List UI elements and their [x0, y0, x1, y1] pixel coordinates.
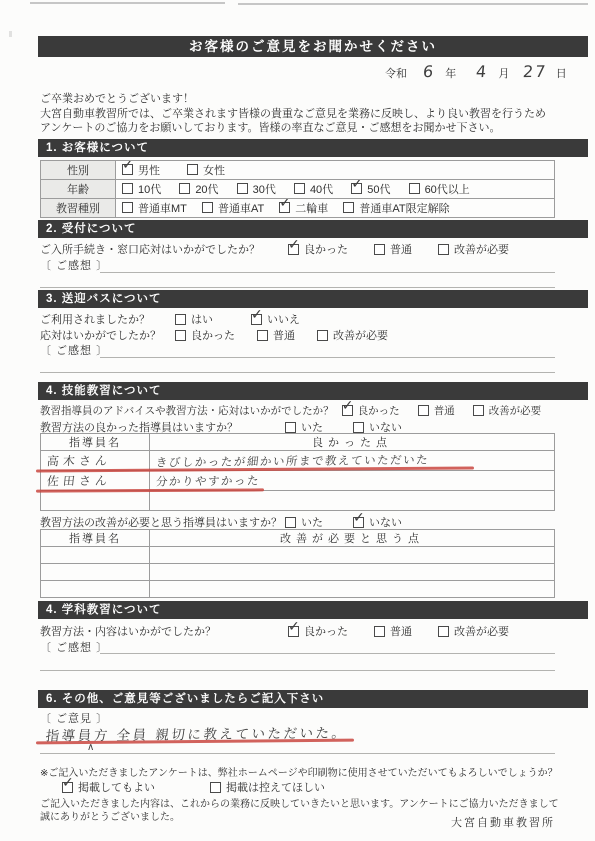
question-text: 教習指導員のアドバイスや教習方法・応対はいかがでしたか？	[40, 403, 334, 418]
checkbox-icon	[257, 330, 268, 341]
table-row	[41, 491, 555, 511]
option-label: 50代	[367, 181, 390, 197]
option-label: 普通	[434, 403, 455, 418]
handwritten-instructor-name: 高木さん	[46, 452, 112, 470]
option-at-limit-release: 普通車AT限定解除	[343, 200, 449, 216]
option-label: 改善が必要	[489, 403, 542, 418]
checkbox-icon	[409, 183, 420, 194]
form-title: お客様のご意見をお聞かせください	[38, 36, 588, 57]
table-header-row: 指導員名 良かった点	[41, 434, 555, 451]
option-good: 良かった	[288, 623, 348, 639]
option-male: 男性	[122, 162, 160, 178]
comment-write-line	[100, 653, 555, 654]
option-label: 改善が必要	[454, 241, 509, 257]
section6-header: 6. その他、ご意見等ございましたらご記入下さい	[38, 690, 588, 708]
checkbox-icon	[179, 183, 190, 194]
option-label: いない	[369, 514, 402, 530]
option-label: 普通	[273, 327, 295, 343]
comment-write-line	[40, 753, 555, 754]
checkbox-icon	[122, 183, 133, 194]
row-label: 年齢	[41, 180, 116, 199]
table-header-row: 指導員名 改善が必要と思う点	[41, 530, 555, 547]
option-inai: いない	[353, 514, 402, 530]
comment-write-line	[100, 272, 555, 273]
option-ita: いた	[285, 514, 323, 530]
option-label: 普通車AT	[218, 200, 264, 216]
checkbox-icon	[374, 244, 385, 255]
option-car-at: 普通車AT	[202, 200, 264, 216]
section1-header: 1. お客様について	[38, 139, 588, 157]
intro-paragraph: ご卒業おめでとうございます！ 大宮自動車教習所では、ご卒業されます皆様の貴重なご…	[40, 92, 546, 136]
section3-header: 3. 送迎バスについて	[38, 290, 588, 308]
checkbox-icon	[122, 202, 133, 213]
option-normal: 普通	[418, 403, 455, 418]
comment-write-line	[40, 372, 555, 373]
table-row-gender: 性別 男性 女性	[41, 161, 555, 180]
option-label: 普通車MT	[138, 200, 187, 216]
option-age-50s: 50代	[351, 181, 390, 197]
option-age-30s: 30代	[237, 181, 276, 197]
option-no: いいえ	[251, 311, 300, 327]
comment-label: 〔 ご感想 〕	[40, 639, 108, 655]
section5-question-line: 教習方法・内容はいかがでしたか？ 良かった 普通 改善が必要	[40, 623, 509, 639]
column-header-good-points: 良かった点	[150, 434, 555, 451]
option-age-10s: 10代	[122, 181, 161, 197]
closing-text-line: 誠にありがとうございました。	[40, 808, 180, 823]
checkbox-icon	[342, 405, 353, 416]
checkbox-icon	[353, 517, 364, 528]
row-label: 性別	[41, 161, 116, 180]
question-text: ご利用されましたか？	[40, 311, 175, 327]
checkbox-icon	[353, 422, 364, 433]
option-label: 改善が必要	[454, 623, 509, 639]
checkbox-icon	[175, 314, 186, 325]
scanned-survey-form: お客様のご意見をお聞かせください 令和 6 年 4 月 27 日 ご卒業おめでと…	[0, 0, 595, 841]
intro-line: ご卒業おめでとうございます！	[40, 92, 546, 107]
checkbox-icon	[438, 244, 449, 255]
option-motorcycle: 二輪車	[279, 200, 328, 216]
table-row	[41, 564, 555, 581]
scan-edge-artifact	[238, 3, 588, 5]
option-label: 良かった	[304, 241, 348, 257]
option-needs-improvement: 改善が必要	[438, 623, 509, 639]
comment-label: 〔 ご感想 〕	[40, 257, 108, 273]
section4-q3-line: 教習方法の改善が必要と思う指導員はいますか？ いた いない	[40, 514, 402, 530]
customer-info-table: 性別 男性 女性 年齢 10代 20代 30代 40代 50代 60代以上 教習…	[40, 160, 555, 218]
section2-header: 2. 受付について	[38, 220, 588, 238]
question-text: ご入所手続き・窓口応対はいかがでしたか？	[40, 241, 288, 257]
school-signature: 大宮自動車教習所	[451, 814, 555, 830]
option-label: 30代	[253, 181, 276, 197]
option-label: 40代	[310, 181, 333, 197]
option-normal: 普通	[257, 327, 295, 343]
comment-write-line	[40, 287, 555, 288]
intro-line: アンケートのご協力をお願いしております。皆様の率直なご意見・ご感想をお聞かせ下さ…	[40, 121, 546, 136]
year-label: 年	[445, 65, 456, 81]
section3-q1-line: ご利用されましたか？ はい いいえ	[40, 311, 300, 327]
checkbox-icon	[317, 330, 328, 341]
handwritten-good-point: 分かりやすかった	[155, 472, 261, 489]
option-good: 良かった	[175, 327, 235, 343]
checkbox-icon	[473, 405, 484, 416]
handwritten-day: 27	[522, 62, 548, 81]
option-car-mt: 普通車MT	[122, 200, 187, 216]
option-good: 良かった	[342, 403, 400, 418]
option-yes: はい	[175, 311, 213, 327]
improve-instructor-table: 指導員名 改善が必要と思う点	[40, 529, 555, 598]
section4-q1-line: 教習指導員のアドバイスや教習方法・応対はいかがでしたか？ 良かった 普通 改善が…	[40, 403, 541, 418]
option-label: はい	[191, 311, 213, 327]
option-label: 20代	[195, 181, 218, 197]
checkbox-icon	[62, 782, 73, 793]
option-needs-improvement: 改善が必要	[317, 327, 388, 343]
scan-speck-artifact	[9, 31, 12, 37]
checkbox-icon	[438, 626, 449, 637]
option-label: いいえ	[267, 311, 300, 327]
column-header-instructor: 指導員名	[41, 530, 150, 547]
option-female: 女性	[187, 162, 225, 178]
handwritten-year: 6	[422, 62, 436, 81]
option-label: 10代	[138, 181, 161, 197]
comment-label: 〔 ご感想 〕	[40, 342, 108, 358]
option-normal: 普通	[374, 241, 412, 257]
option-normal: 普通	[374, 623, 412, 639]
option-label: 良かった	[358, 403, 400, 418]
handwritten-instructor-name: 佐田さん	[46, 472, 112, 490]
option-label: 良かった	[191, 327, 235, 343]
option-publish-decline: 掲載は控えてほしい	[210, 779, 325, 795]
option-label: 掲載してもよい	[78, 779, 155, 795]
question-text: 教習方法の改善が必要と思う指導員はいますか？	[40, 514, 285, 530]
option-label: 良かった	[304, 623, 348, 639]
table-row	[41, 581, 555, 598]
table-row-course-type: 教習種別 普通車MT 普通車AT 二輪車 普通車AT限定解除	[41, 199, 555, 218]
month-label: 月	[498, 65, 509, 81]
handwritten-month: 4	[475, 62, 489, 81]
checkbox-icon	[279, 202, 290, 213]
date-line: 令和 6 年 4 月 27 日	[385, 62, 567, 81]
checkbox-icon	[122, 164, 133, 175]
comment-write-line	[100, 357, 555, 358]
checkbox-icon	[285, 422, 296, 433]
comment-write-line	[40, 670, 555, 671]
checkbox-icon	[237, 183, 248, 194]
section5-header: 4. 学科教習について	[38, 601, 588, 619]
checkbox-icon	[285, 517, 296, 528]
checkbox-icon	[187, 164, 198, 175]
option-age-20s: 20代	[179, 181, 218, 197]
question-text: 応対はいかがでしたか？	[40, 327, 175, 343]
checkbox-icon	[210, 782, 221, 793]
section2-question-line: ご入所手続き・窓口応対はいかがでしたか？ 良かった 普通 改善が必要	[40, 241, 509, 257]
column-header-improve-points: 改善が必要と思う点	[150, 530, 555, 547]
checkbox-icon	[288, 244, 299, 255]
option-label: 60代以上	[425, 181, 470, 197]
table-row	[41, 547, 555, 564]
option-label: 男性	[138, 162, 160, 178]
option-publish-ok: 掲載してもよい	[62, 779, 155, 795]
option-label: 普通	[390, 241, 412, 257]
row-label: 教習種別	[41, 199, 116, 218]
checkbox-icon	[418, 405, 429, 416]
option-label: 普通車AT限定解除	[359, 200, 449, 216]
section4-header: 4. 技能教習について	[38, 382, 588, 400]
checkbox-icon	[294, 183, 305, 194]
checkbox-icon	[251, 314, 262, 325]
publish-permission-question: ※ご記入いただきましたアンケートは、弊社ホームページや印刷物に使用させていただい…	[40, 764, 558, 779]
checkbox-icon	[351, 183, 362, 194]
column-header-instructor: 指導員名	[41, 434, 150, 451]
option-label: 掲載は控えてほしい	[226, 779, 325, 795]
publish-options-line: 掲載してもよい 掲載は控えてほしい	[62, 779, 325, 795]
good-instructor-table: 指導員名 良かった点 高木さん きびしかったが細かい所まで教えていただいた 佐田…	[40, 433, 555, 511]
option-needs-improvement: 改善が必要	[473, 403, 542, 418]
option-age-40s: 40代	[294, 181, 333, 197]
option-label: 二輪車	[295, 200, 328, 216]
option-label: 普通	[390, 623, 412, 639]
intro-line: 大宮自動車教習所では、ご卒業されます皆様の貴重なご意見を業務に反映し、より良い教…	[40, 107, 546, 122]
option-needs-improvement: 改善が必要	[438, 241, 509, 257]
day-label: 日	[556, 65, 567, 81]
scan-edge-artifact	[30, 2, 225, 4]
option-age-60s: 60代以上	[409, 181, 470, 197]
section3-q2-line: 応対はいかがでしたか？ 良かった 普通 改善が必要	[40, 327, 388, 343]
checkbox-icon	[202, 202, 213, 213]
option-label: いた	[301, 514, 323, 530]
checkbox-icon	[343, 202, 354, 213]
checkbox-icon	[288, 626, 299, 637]
option-good: 良かった	[288, 241, 348, 257]
table-row-age: 年齢 10代 20代 30代 40代 50代 60代以上	[41, 180, 555, 199]
checkbox-icon	[175, 330, 186, 341]
option-label: 改善が必要	[333, 327, 388, 343]
option-label: 女性	[203, 162, 225, 178]
question-text: 教習方法・内容はいかがでしたか？	[40, 623, 288, 639]
insertion-caret-mark: ∧	[87, 742, 94, 753]
era-label: 令和	[385, 65, 407, 81]
checkbox-icon	[374, 626, 385, 637]
table-row: 佐田さん 分かりやすかった	[41, 471, 555, 491]
